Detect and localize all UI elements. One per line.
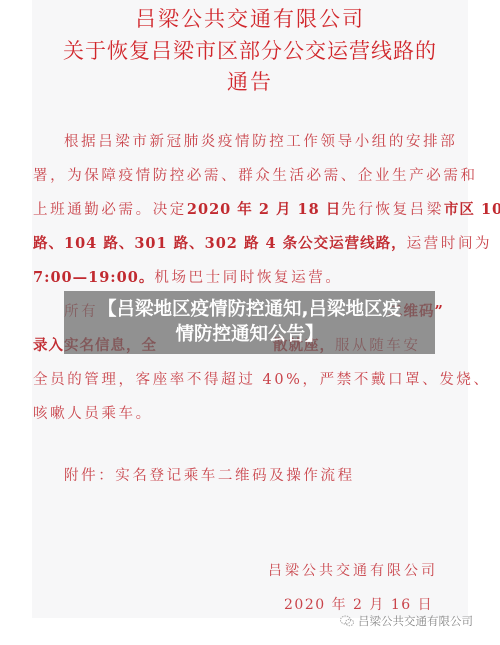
notice-title-cont: 通告 — [0, 66, 500, 96]
attachment-line: 附件：实名登记乘车二维码及操作流程 — [64, 460, 355, 492]
caption-line: 【吕梁地区疫情防控通知,吕梁地区疫 — [64, 297, 435, 322]
date-text: 2020 年 2 月 18 日 — [187, 201, 341, 218]
body-text: 运营时间为 — [407, 236, 493, 252]
signature-company: 吕梁公共交通有限公司 — [268, 560, 438, 580]
body-line: 咳嗽人员乘车。 — [33, 398, 153, 430]
watermark-text: 吕梁公共交通有限公司 — [358, 614, 473, 628]
wechat-icon — [340, 615, 354, 627]
body-line: 7:00—19:00。机场巴士同时恢复运营。 — [33, 262, 342, 294]
route-text: 市区 101 — [444, 201, 500, 218]
body-text: 上班通勤必需。决定 — [33, 202, 187, 218]
route-list: 路、104 路、301 路、302 路 4 条公交运营线路， — [33, 235, 407, 252]
company-title: 吕梁公共交通有限公司 — [0, 3, 500, 33]
body-line: 署，为保障疫情防控必需、群众生活必需、企业生产必需和 — [33, 160, 478, 192]
body-line: 根据吕梁市新冠肺炎疫情防控工作领导小组的安排部 — [64, 126, 457, 158]
body-line: 路、104 路、301 路、302 路 4 条公交运营线路，运营时间为 — [33, 228, 492, 260]
caption-line: 情防控通知公告】 — [64, 322, 435, 347]
body-line: 全员的管理，客座率不得超过 40%，严禁不戴口罩、发烧、 — [33, 364, 491, 396]
time-text: 7:00—19:00。 — [33, 269, 154, 286]
watermark: 吕梁公共交通有限公司 — [340, 613, 473, 629]
body-line: 上班通勤必需。决定2020 年 2 月 18 日先行恢复吕梁市区 101 — [33, 194, 500, 226]
body-text: 先行恢复吕梁 — [341, 202, 444, 218]
caption-overlay: 【吕梁地区疫情防控通知,吕梁地区疫 情防控通知公告】 — [64, 291, 435, 354]
signature-date: 2020 年 2 月 16 日 — [284, 594, 433, 614]
body-text: 机场巴士同时恢复运营。 — [154, 270, 342, 286]
notice-title: 关于恢复吕梁市区部分公交运营线路的 — [0, 35, 500, 65]
